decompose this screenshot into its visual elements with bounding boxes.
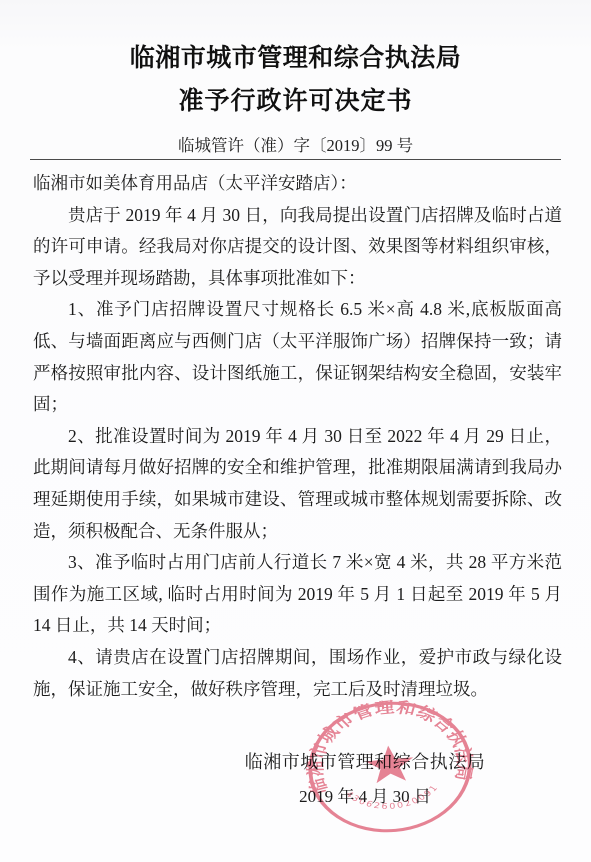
body-line: 围作为施工区域, 临时占用时间为 2019 年 5 月 1 日起至 2019 年…: [33, 579, 562, 611]
body-line: 此期间请每月做好招牌的安全和维护管理，批准期限届满请到我局办: [33, 452, 562, 484]
document-body: 临湘市如美体育用品店（太平洋安踏店）： 贵店于 2019 年 4 月 30 日，…: [33, 168, 562, 705]
document-number-text: 临城管许（准）字〔2019〕99 号: [172, 132, 419, 160]
body-line: 的许可申请。经我局对你店提交的设计图、效果图等材料组织审核，: [33, 231, 562, 263]
document-title-line2: 准予行政许可决定书: [0, 87, 591, 117]
signature-organization: 临湘市城市管理和综合执法局: [240, 748, 490, 774]
body-line: 14 日止，共 14 天时间；: [33, 610, 562, 642]
body-line: 低、与墙面距离应与西侧门店（太平洋服饰广场）招牌保持一致；请: [33, 326, 562, 358]
document-title-line1: 临湘市城市管理和综合执法局: [0, 44, 591, 74]
body-line: 固；: [33, 389, 562, 421]
body-line: 4、请贵店在设置门店招牌期间，围场作业，爱护市政与绿化设: [33, 642, 562, 674]
body-line: 严格按照审批内容、设计图纸施工，保证钢架结构安全稳固，安装牢: [33, 358, 562, 390]
body-line: 施，保证施工安全，做好秩序管理，完工后及时清理垃圾。: [33, 674, 562, 706]
body-line: 2、批准设置时间为 2019 年 4 月 30 日至 2022 年 4 月 29…: [33, 421, 562, 453]
document-page: 临湘市城市管理和综合执法局 准予行政许可决定书 临城管许（准）字〔2019〕99…: [0, 0, 591, 862]
signature-date: 2019 年 4 月 30 日: [240, 782, 490, 807]
recipient-line: 临湘市如美体育用品店（太平洋安踏店）：: [33, 168, 562, 200]
body-line: 1、准予门店招牌设置尺寸规格长 6.5 米×高 4.8 米,底板版面高: [33, 294, 562, 326]
body-line: 予以受理并现场踏勘，具体事项批准如下：: [33, 263, 562, 295]
body-line: 理延期使用手续，如果城市建设、管理或城市整体规划需要拆除、改: [33, 484, 562, 516]
body-line: 3、准予临时占用门店前人行道长 7 米×宽 4 米，共 28 平方米范: [33, 547, 562, 579]
body-line: 造，须积极配合、无条件服从；: [33, 516, 562, 548]
document-number: 临城管许（准）字〔2019〕99 号: [0, 132, 591, 160]
header-divider: [30, 159, 561, 160]
body-line: 贵店于 2019 年 4 月 30 日，向我局提出设置门店招牌及临时占道: [33, 200, 562, 232]
